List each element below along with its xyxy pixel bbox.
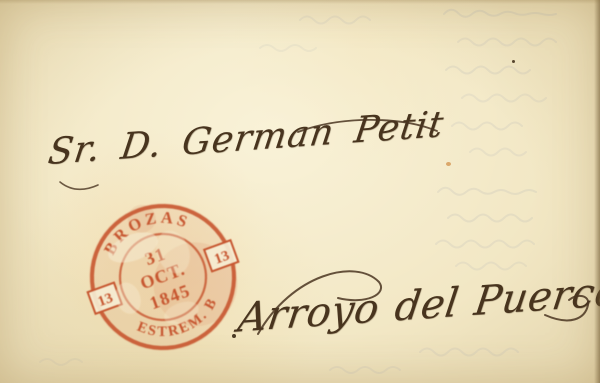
- ink-speck: [512, 60, 515, 63]
- sr-underline-flourish: [60, 182, 98, 189]
- letter-cover: BROZAS ESTREM. B 31 OCT. 1845 13 13 Sr. …: [0, 0, 600, 383]
- ink-speck: [232, 334, 236, 338]
- paper-edge-shadow-right: [594, 0, 600, 383]
- petit-t-cross-flourish: [298, 120, 437, 132]
- paper-edge-shadow-top: [0, 0, 600, 4]
- arroyo-capital-loop: [258, 271, 381, 334]
- puerco-end-swash: [545, 296, 588, 321]
- ink-flourishes: [0, 0, 600, 383]
- age-spot: [446, 162, 451, 166]
